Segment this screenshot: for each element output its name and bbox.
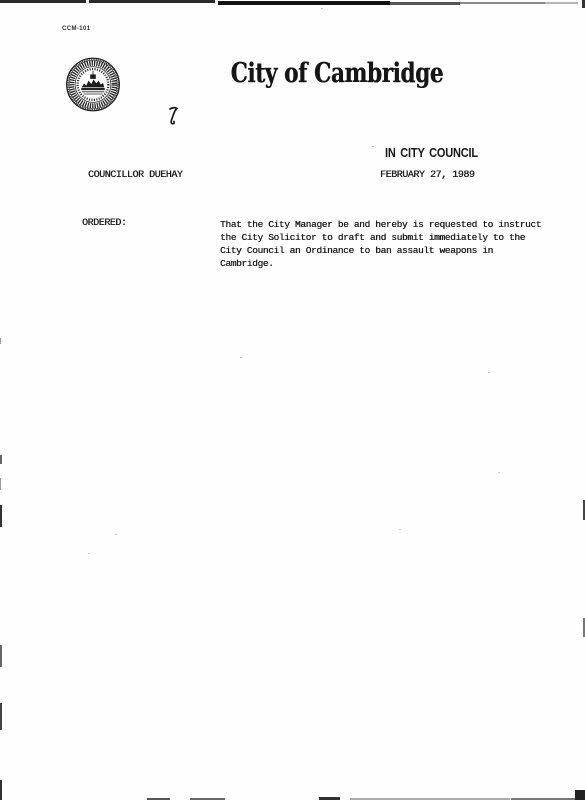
scanned-document-page: CCM-101 City of Cambridge IN CITY COUNCI…	[0, 0, 585, 800]
city-seal-icon	[65, 55, 121, 114]
form-code: CCM-101	[62, 26, 90, 32]
council-heading: IN CITY COUNCIL	[385, 146, 478, 160]
letterhead-title-text: City of Cambridge	[231, 59, 444, 89]
order-line: the City Solicitor to draft and submit i…	[220, 231, 550, 244]
order-label: ORDERED:	[82, 218, 126, 229]
order-text: That the City Manager be and hereby is r…	[220, 218, 550, 270]
handwritten-mark-icon	[166, 106, 182, 128]
councillor-name: COUNCILLOR DUEHAY	[88, 170, 182, 181]
document-date: FEBRUARY 27, 1989	[380, 170, 474, 181]
order-line: City Council an Ordinance to ban assault…	[220, 244, 550, 257]
order-line: That the City Manager be and hereby is r…	[220, 218, 550, 231]
letterhead-title: City of Cambridge	[204, 59, 424, 89]
order-line: Cambridge.	[220, 257, 550, 270]
